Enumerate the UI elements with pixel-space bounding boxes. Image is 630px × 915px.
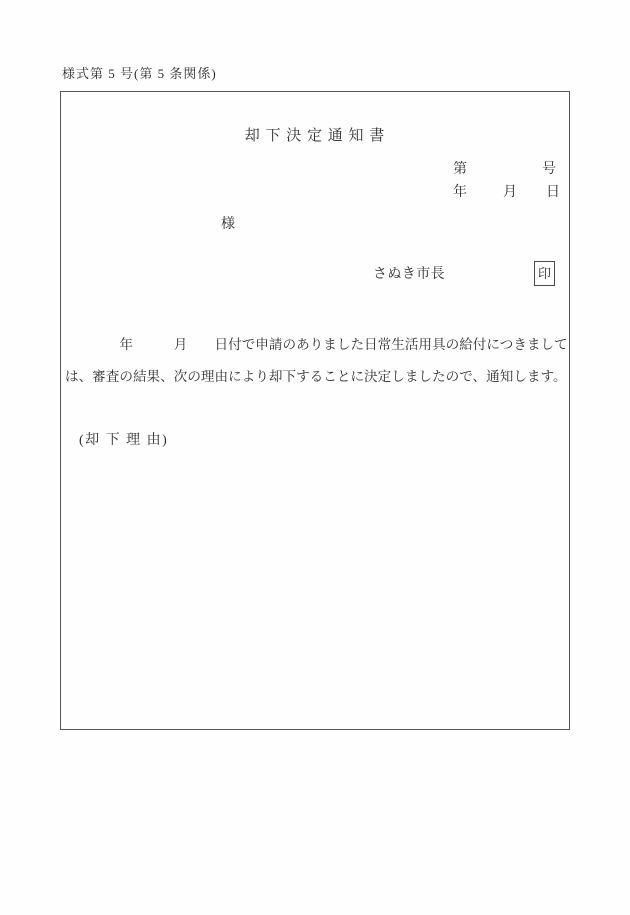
date-day-label: 日 [546, 181, 560, 201]
doc-number-prefix-label: 第 [453, 158, 467, 178]
addressee-honorific-label: 様 [221, 213, 235, 233]
date-year-label: 年 [453, 181, 467, 201]
date-month-label: 月 [503, 181, 517, 201]
body-text-line-2: は、審査の結果、次の理由により却下することに決定しましたので、通知します。 [65, 365, 569, 385]
body-text-line-1: 年 月 日付で申請のありました日常生活用具の給付につきまして [65, 333, 569, 353]
document-title: 却 下 決 定 通 知 書 [61, 124, 569, 145]
document-page: 様式第 5 号(第 5 条関係) 却 下 決 定 通 知 書 第 号 年 月 日… [0, 0, 630, 915]
inkan-seal-mark: 印 [538, 267, 551, 280]
doc-number-suffix-label: 号 [542, 158, 556, 178]
form-number-label: 様式第 5 号(第 5 条関係) [62, 63, 217, 82]
sender-mayor-name: さぬき市長 [373, 263, 445, 283]
rejection-reason-label: (却 下 理 由) [79, 429, 168, 449]
seal-box: 印 [534, 261, 555, 286]
notice-frame: 却 下 決 定 通 知 書 第 号 年 月 日 様 さぬき市長 印 年 月 日付… [60, 91, 570, 730]
